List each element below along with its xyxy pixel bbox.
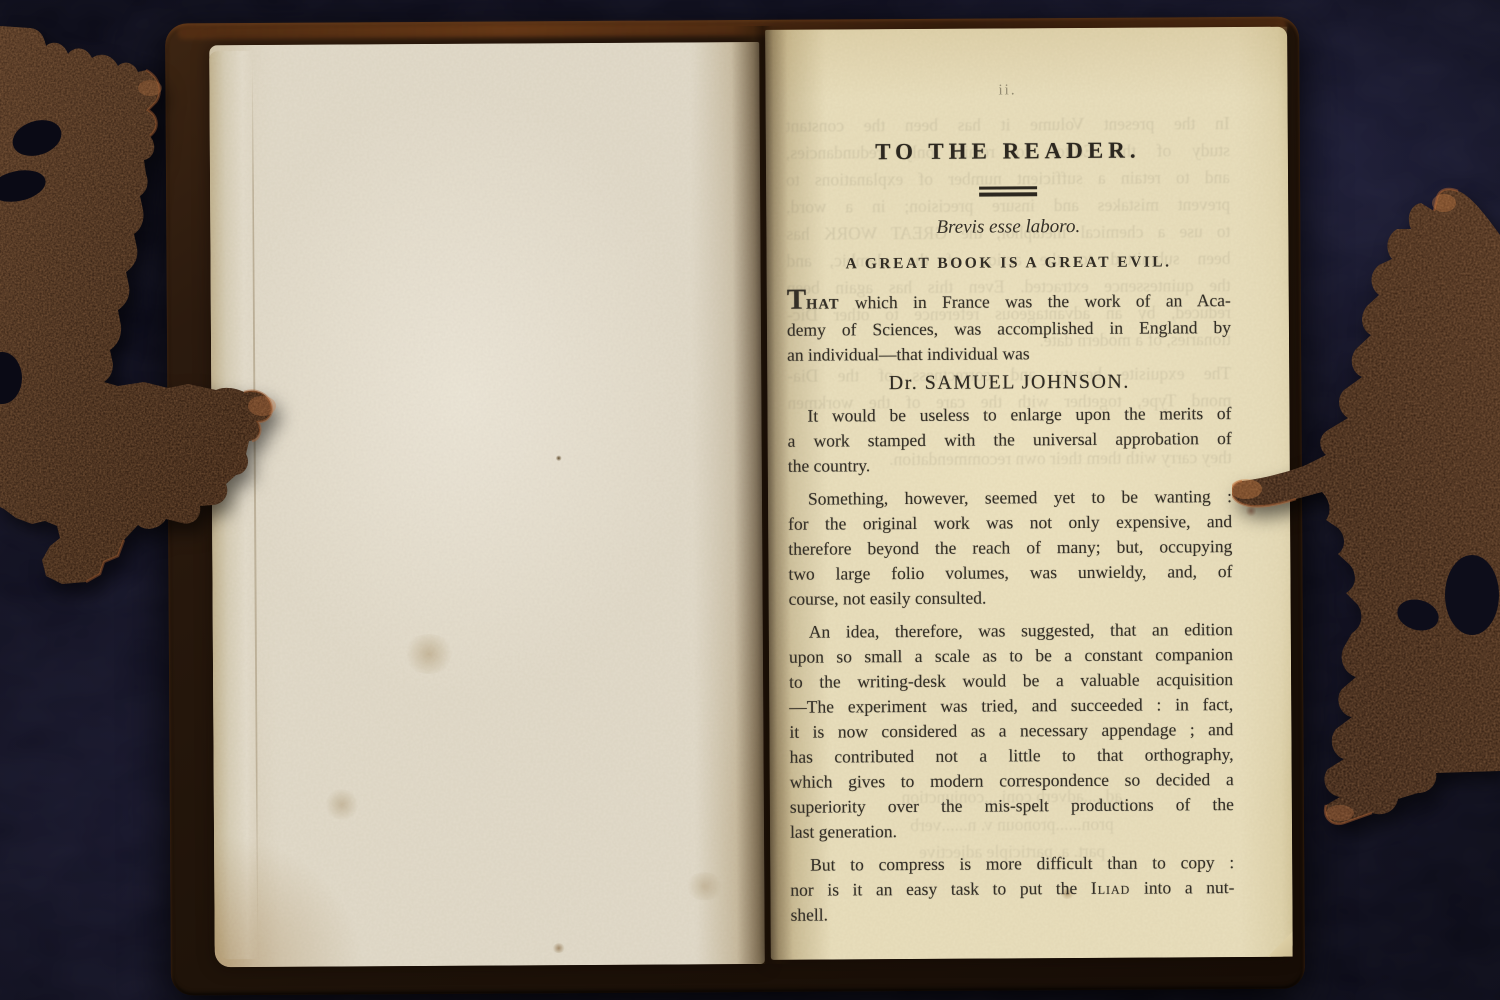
text-line: upon so small a scale as to be a constan… <box>789 642 1233 670</box>
page-number: ii. <box>785 81 1229 101</box>
text-line: to the writing-desk would be a valuable … <box>789 667 1233 695</box>
text-line: An idea, therefore, was suggested, that … <box>789 617 1233 645</box>
body-text: THAT which in France was the work of an … <box>787 285 1235 928</box>
text-line: the country. <box>788 451 1232 479</box>
text-line: —The experiment was tried, and succeeded… <box>789 692 1233 720</box>
text-line: Something, however, seemed yet to be wan… <box>788 484 1232 512</box>
epigraph: A GREAT BOOK IS A GREAT EVIL. <box>787 253 1231 274</box>
paragraph: But to compress is more difficult than t… <box>790 850 1234 928</box>
text-line: superiority over the mis-spelt productio… <box>790 792 1234 820</box>
paragraph: THAT which in France was the work of an … <box>787 285 1231 368</box>
iliad-smallcaps: Iliad <box>1091 878 1131 898</box>
right-text-page: In the present Volume it has been the co… <box>765 27 1293 960</box>
text-line: demy of Sciences, was accomplished in En… <box>787 315 1231 343</box>
page-corner-fold <box>1257 921 1293 957</box>
text-line: But to compress is more difficult than t… <box>790 850 1234 878</box>
text-line: nor is it an easy task to put the Iliad … <box>790 875 1234 903</box>
bleedthrough-line: prevent mistakes and insure precision; i… <box>786 194 1230 218</box>
page-title: TO THE READER. <box>786 137 1230 166</box>
text-line: shell. <box>790 900 1234 928</box>
book-gutter <box>731 26 793 964</box>
foxing-spot <box>556 455 562 461</box>
drop-initial: T <box>787 284 807 316</box>
latin-motto: Brevis esse laboro. <box>786 215 1230 240</box>
paragraph: Something, however, seemed yet to be wan… <box>788 484 1233 612</box>
photo-background: In the present Volume it has been the co… <box>0 0 1500 1000</box>
foxing-spot <box>553 943 565 953</box>
text-line: it is now considered as a necessary appe… <box>789 717 1233 745</box>
paragraph: It would be useless to enlarge upon the … <box>787 401 1231 479</box>
text-line: which gives to modern correspondence so … <box>790 767 1234 795</box>
left-metal-clasp <box>0 26 290 596</box>
right-metal-clasp <box>1232 183 1500 828</box>
text-line: therefore beyond the reach of many; but,… <box>788 534 1232 562</box>
text-line: two large folio volumes, was unwieldy, a… <box>788 559 1232 587</box>
text-line: course, not easily consulted. <box>789 584 1233 612</box>
text-line: for the original work was not only expen… <box>788 509 1232 537</box>
text-line: a work stamped with the universal approb… <box>788 426 1232 454</box>
text-line: THAT which in France was the work of an … <box>787 285 1231 318</box>
left-blank-page <box>209 42 765 967</box>
bleedthrough-line: In the present Volume it has been the co… <box>786 113 1230 137</box>
text-line: an individual—that individual was <box>787 340 1231 368</box>
paragraph: An idea, therefore, was suggested, that … <box>789 617 1234 845</box>
text-line: has contributed not a little to that ort… <box>789 742 1233 770</box>
foxing-spot <box>403 634 455 674</box>
text-line: last generation. <box>790 817 1234 845</box>
left-page-corner-shading <box>214 796 405 967</box>
author-name-display: Dr. SAMUEL JOHNSON. <box>787 369 1231 397</box>
text-line: It would be useless to enlarge upon the … <box>787 401 1231 429</box>
double-rule-ornament <box>979 186 1037 196</box>
